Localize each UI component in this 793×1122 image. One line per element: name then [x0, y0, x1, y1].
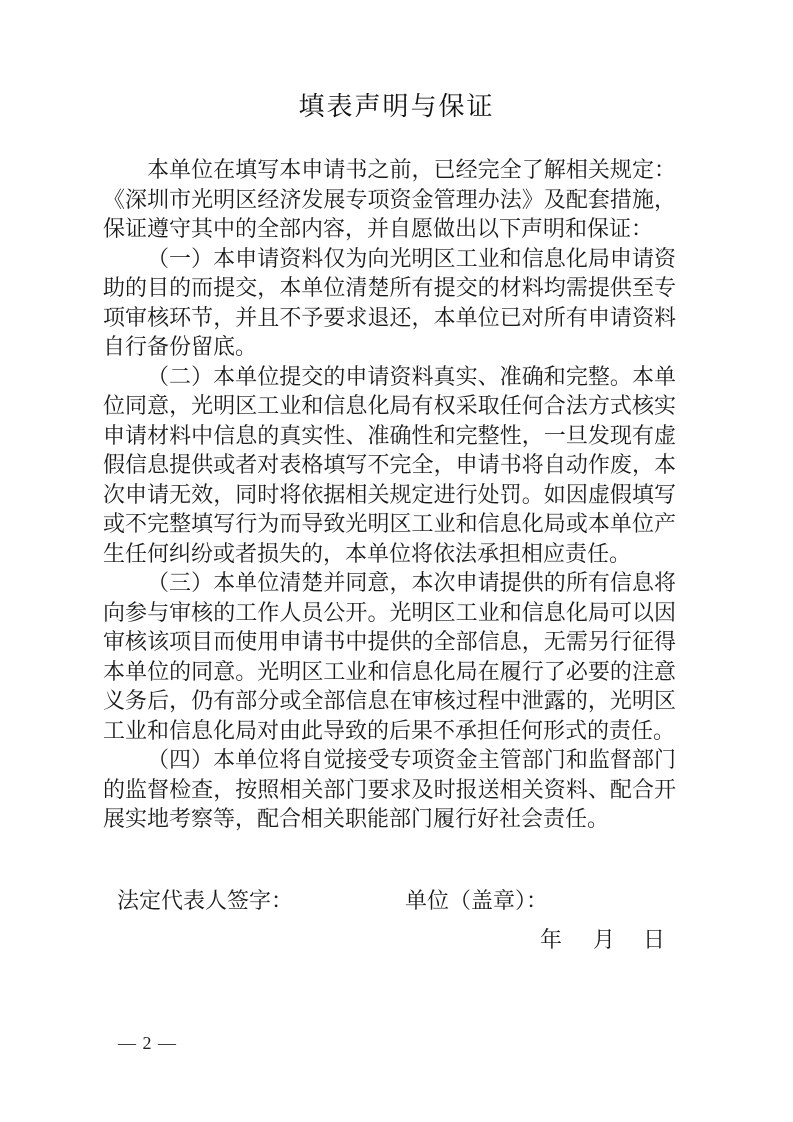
signature-row: 法定代表人签字： 单位（盖章）：	[0, 886, 793, 916]
page-title: 填表声明与保证	[0, 90, 793, 122]
month-label: 月	[593, 925, 615, 955]
intro-paragraph: 本单位在填写本申请书之前，已经完全了解相关规定：《深圳市光明区经济发展专项资金管…	[103, 155, 676, 244]
declaration-body: 本单位在填写本申请书之前，已经完全了解相关规定：《深圳市光明区经济发展专项资金管…	[103, 155, 676, 834]
day-label: 日	[643, 925, 665, 955]
document-page: 填表声明与保证 本单位在填写本申请书之前，已经完全了解相关规定：《深圳市光明区经…	[0, 0, 793, 1122]
page-number: — 2 —	[118, 1032, 177, 1054]
year-label: 年	[540, 925, 562, 955]
declaration-item-3: （三）本单位清楚并同意，本次申请提供的所有信息将向参与审核的工作人员公开。光明区…	[103, 568, 676, 745]
declaration-item-2: （二）本单位提交的申请资料真实、准确和完整。本单位同意，光明区工业和信息化局有权…	[103, 362, 676, 569]
date-line: 年 月 日	[0, 925, 793, 955]
unit-seal-label: 单位（盖章）：	[405, 886, 548, 916]
legal-representative-signature-label: 法定代表人签字：	[117, 886, 293, 916]
declaration-item-1: （一）本申请资料仅为向光明区工业和信息化局申请资助的目的而提交，本单位清楚所有提…	[103, 244, 676, 362]
declaration-item-4: （四）本单位将自觉接受专项资金主管部门和监督部门的监督检查，按照相关部门要求及时…	[103, 745, 676, 834]
